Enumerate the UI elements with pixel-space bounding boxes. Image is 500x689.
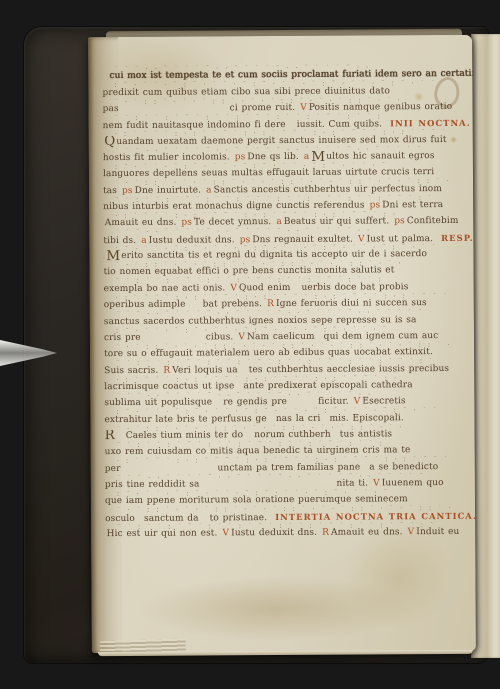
text-segment: R — [103, 251, 104, 261]
text-segment: Confitebim — [407, 216, 459, 226]
text-segment: V — [230, 283, 237, 293]
text-segment: qui dem ignem cum auc — [324, 331, 439, 342]
text-segment: nas la cri — [276, 413, 321, 423]
text-segment: ante predixerat episcopali cathedra — [243, 380, 412, 391]
melisma-gap — [289, 126, 297, 127]
text-segment: re gendis pre — [223, 397, 287, 407]
text-segment: unctam pa trem familias pane — [217, 462, 360, 473]
melisma-gap — [241, 371, 249, 372]
melisma-gap — [203, 485, 337, 487]
text-segment: V — [222, 528, 229, 538]
text-segment: Suis sacris. — [104, 365, 158, 375]
text-segment: V — [408, 527, 415, 537]
text-segment: a — [206, 185, 212, 195]
text-segment: a — [304, 152, 310, 162]
text-segment: operibus adimple — [104, 300, 186, 310]
melisma-gap — [363, 468, 369, 469]
text-segment: R — [267, 299, 274, 309]
text-segment: Iuuenem quo — [382, 478, 444, 488]
text-segment: bat prebens. — [203, 299, 263, 309]
text-segment: Induit eu — [416, 527, 459, 537]
text-segment: extrahitur late bris te perfusus ge — [104, 414, 266, 425]
text-segment: Sanctis ancestis cuthberhtus uir perfect… — [214, 184, 442, 195]
melisma-gap — [124, 469, 218, 471]
line-text: aHic est uir qui non est.VIustu deduxit … — [105, 526, 475, 540]
text-segment: a se benedicto — [369, 462, 438, 472]
text-segment: iussit. Cum quibs. — [297, 120, 383, 131]
text-segment: R — [163, 365, 170, 375]
text-segment: ficitur. — [318, 397, 349, 407]
text-segment: per — [105, 464, 121, 474]
text-segment: tore su o effugauit materialem uero ab e… — [104, 347, 433, 359]
text-segment: Amauit eu dns. — [331, 527, 403, 537]
text-segment: a — [276, 217, 282, 227]
melisma-gap — [122, 109, 230, 111]
text-segment: que iam ppene moriturum sola oratione pu… — [105, 495, 408, 507]
text-segment: V — [238, 332, 245, 342]
text-segment: pris tine reddidit sa — [105, 479, 200, 490]
text-segment: ps — [235, 152, 246, 162]
text-segment: ps — [370, 200, 381, 210]
text-segment: R̄ — [105, 428, 115, 442]
text-segment: Caeles tium minis ter do — [126, 430, 244, 441]
text-segment: languores depellens seuas multas effugau… — [103, 167, 434, 179]
text-segment: tio nomen equabat effici o pre bens cunc… — [104, 266, 395, 278]
text-segment: Esecretis — [362, 396, 405, 406]
text-segment: Q — [104, 134, 115, 148]
text-segment: cibus. — [206, 332, 234, 342]
text-segment: norum cuthberh — [254, 430, 331, 440]
text-segment: tes cuthberhtus aecclesiae iussis precib… — [249, 364, 449, 375]
text-segment: Beatus uir qui suffert. — [284, 217, 389, 228]
text-segment: Veri loquis ua — [172, 365, 238, 375]
melisma-gap — [189, 306, 203, 307]
text-segment: ultos hic sanauit egros — [326, 151, 434, 162]
text-segment: Amauit eu dns. — [105, 218, 177, 228]
text-segment: ci prome ruit. — [230, 103, 296, 113]
text-segment: Iust ut palma. — [367, 234, 434, 244]
manuscript-photo-background: ´ ` ˜ · · ˜ ` ´ ` ˜ · · ˜ ` ´ ` ˜ · · ˜ … — [0, 0, 500, 689]
text-segment: uxo rem cuiusdam co mitis aqua benedic t… — [105, 445, 411, 457]
melisma-gap — [144, 338, 206, 339]
melisma-gap — [215, 404, 223, 405]
text-segment: exempla bo nae acti onis. — [104, 283, 226, 294]
text-segment: uandam uexatam daemone pergit sanctus in… — [116, 135, 446, 147]
text-segment: ps — [240, 235, 251, 245]
text-segment: tibi ds. — [103, 236, 136, 246]
text-segment: to pristinae. — [210, 513, 268, 523]
text-segment: tas — [103, 186, 117, 196]
text-block: ´ ` ˜ · · ˜ ` ´ ` ˜ · · ˜ ` ´ ` ˜ · · ˜ … — [102, 65, 467, 541]
text-segment: lacrimisque coactus ut ipse — [104, 381, 234, 392]
text-segment: V — [354, 397, 361, 407]
text-segment: Dne qs lib. — [247, 152, 299, 162]
melisma-gap — [293, 289, 301, 290]
text-segment: M — [106, 248, 120, 262]
text-segment: predixit cum quibus etiam cibo sua sibi … — [102, 86, 390, 98]
text-segment: Dns regnauit exultet. — [252, 234, 353, 245]
text-segment: ps — [122, 186, 133, 196]
text-segment: osculo — [105, 514, 135, 524]
bottom-leaf-edges — [100, 638, 186, 655]
parchment-page: ´ ` ˜ · · ˜ ` ´ ` ˜ · · ˜ ` ´ ` ˜ · · ˜ … — [88, 35, 476, 653]
text-segment: ps — [181, 218, 192, 228]
text-segment: sublima uit populisque — [104, 398, 212, 409]
text-segment: Positis namque genibus oratio — [309, 102, 452, 113]
text-segment: nibus inturbis erat monachus digne cunct… — [103, 201, 364, 213]
text-segment: V — [358, 234, 365, 244]
melisma-gap — [290, 403, 318, 404]
melisma-gap — [116, 437, 126, 438]
text-segment: sanctus sacerdos cuthberhtus ignes noxio… — [104, 315, 417, 327]
text-segment: mis. Episcopali. — [329, 413, 403, 423]
text-segment: Iustu deduxit dns. — [231, 528, 317, 539]
text-segment: Iustu deduxit dns. — [149, 235, 235, 246]
melisma-gap — [318, 338, 324, 339]
text-segment: Quod enim — [239, 283, 291, 293]
text-segment: R — [322, 528, 329, 538]
text-segment: hostis fit mulier incolomis. — [103, 152, 230, 163]
text-segment: Te decet ymnus. — [194, 218, 271, 228]
rubric-text: INII NOCTNA. — [390, 118, 471, 128]
melisma-gap — [202, 519, 210, 520]
text-segment: pas — [103, 104, 119, 114]
text-segment: erito sanctita tis et regni du dignita t… — [121, 249, 427, 261]
text-segment: nita ti. — [336, 478, 368, 488]
text-segment: tus antistis — [340, 429, 392, 439]
text-segment: uerbis doce bat probis — [301, 282, 408, 293]
manuscript-line: ˜ ´ : ` ` : ´ ˜ ´ : ` ` : ´ ˜ ´ : ` ` : … — [105, 522, 467, 541]
text-segment: Hic est uir qui non est. — [107, 528, 218, 539]
text-segment: V — [300, 103, 307, 113]
text-segment: sanctum da — [144, 513, 199, 523]
rubric-text: RESP. — [441, 233, 473, 243]
melisma-gap — [246, 436, 254, 437]
rubric-text: INTERTIA NOCTNA TRIA CANTICA. — [275, 510, 475, 521]
text-segment: Dne inuirtute. — [135, 185, 202, 195]
text-segment: a — [141, 236, 147, 246]
text-segment: V — [373, 478, 380, 488]
text-segment: Nam caelicum — [247, 332, 315, 342]
text-segment: Dni est terra — [382, 200, 443, 210]
text-segment: ps — [394, 217, 405, 227]
text-segment: cris pre — [104, 333, 141, 343]
text-segment: Igne feruoris diui ni succen sus — [276, 298, 427, 309]
